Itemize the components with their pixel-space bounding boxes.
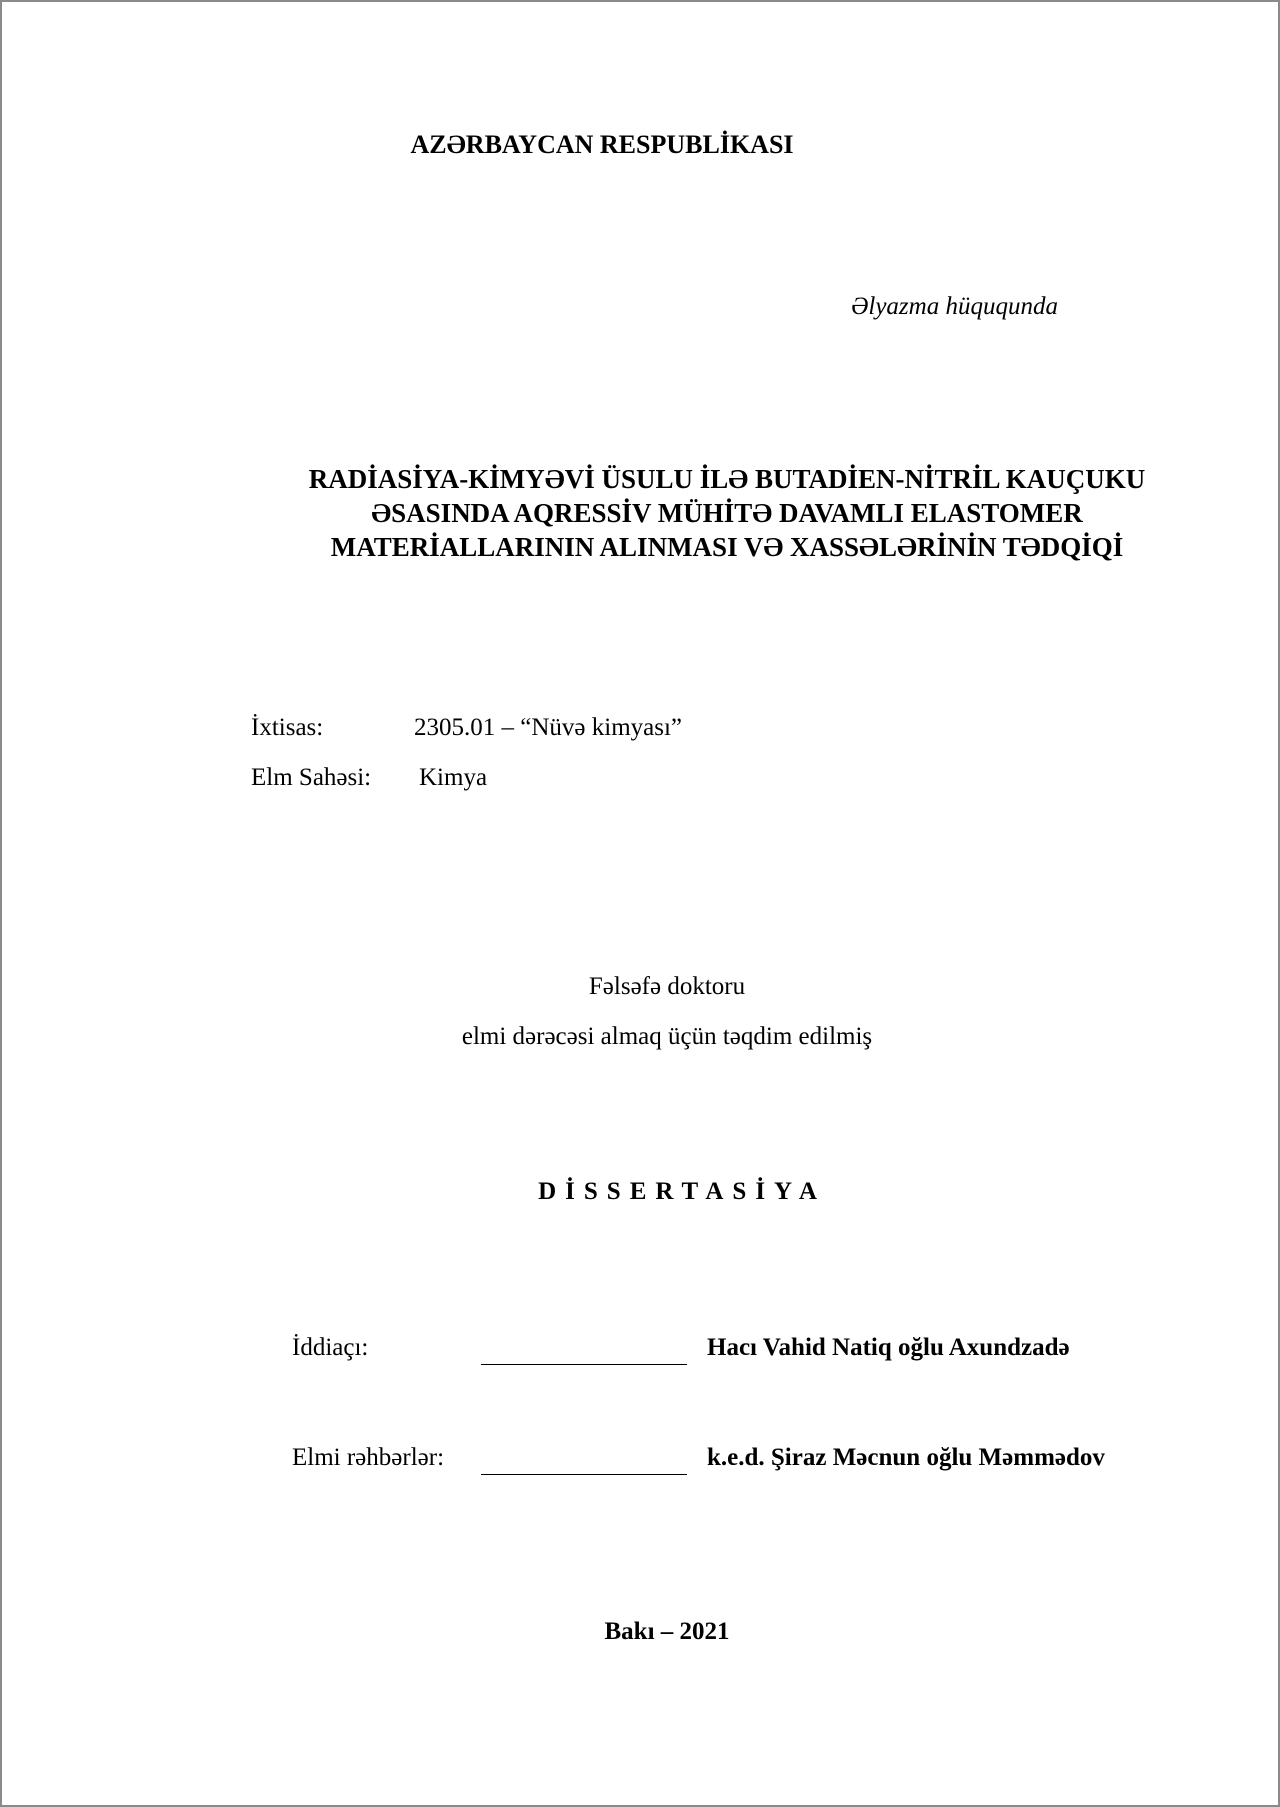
dissertation-title: RADİASİYA-KİMYƏVİ ÜSULU İLƏ BUTADİEN-NİT… (2, 462, 1280, 564)
title-line-1: RADİASİYA-KİMYƏVİ ÜSULU İLƏ BUTADİEN-NİT… (172, 462, 1280, 496)
degree-line-1: Fəlsəfə doktoru (2, 974, 1280, 999)
claimant-name: Hacı Vahid Natiq oğlu Axundzadə (707, 1335, 1070, 1360)
place-and-year: Bakı – 2021 (2, 1619, 1280, 1644)
specialty-value: 2305.01 – “Nüvə kimyası” (414, 715, 682, 740)
country-text: AZƏRBAYCAN RESPUBLİKASI (410, 132, 793, 158)
document-type-text: DİSSERTASİYA (538, 1179, 826, 1204)
degree-line-2-text: elmi dərəcəsi almaq üçün təqdim edilmiş (462, 1024, 872, 1049)
degree-line-2: elmi dərəcəsi almaq üçün təqdim edilmiş (2, 1024, 1280, 1049)
country-heading: AZƏRBAYCAN RESPUBLİKASI (2, 132, 1280, 158)
field-label: Elm Sahəsi: (251, 765, 371, 790)
degree-line-1-text: Fəlsəfə doktoru (589, 974, 745, 999)
claimant-label: İddiaçı: (292, 1335, 368, 1360)
title-line-3: MATERİALLARININ ALINMASI VƏ XASSƏLƏRİNİN… (172, 530, 1280, 564)
document-type-heading: DİSSERTASİYA (2, 1179, 1280, 1204)
claimant-signature-line (481, 1364, 687, 1365)
manuscript-rights-note: Əlyazma hüququnda (851, 294, 1058, 319)
supervisor-name: k.e.d. Şiraz Məcnun oğlu Məmmədov (707, 1445, 1105, 1470)
supervisor-label: Elmi rəhbərlər: (292, 1445, 444, 1470)
document-page: AZƏRBAYCAN RESPUBLİKASI Əlyazma hüquqund… (0, 0, 1280, 1807)
specialty-label: İxtisas: (251, 715, 323, 740)
supervisor-signature-line (481, 1474, 687, 1475)
place-and-year-text: Bakı – 2021 (604, 1619, 729, 1644)
title-line-2: ƏSASINDA AQRESSİV MÜHİTƏ DAVAMLI ELASTOM… (172, 496, 1280, 530)
field-value: Kimya (419, 765, 487, 790)
